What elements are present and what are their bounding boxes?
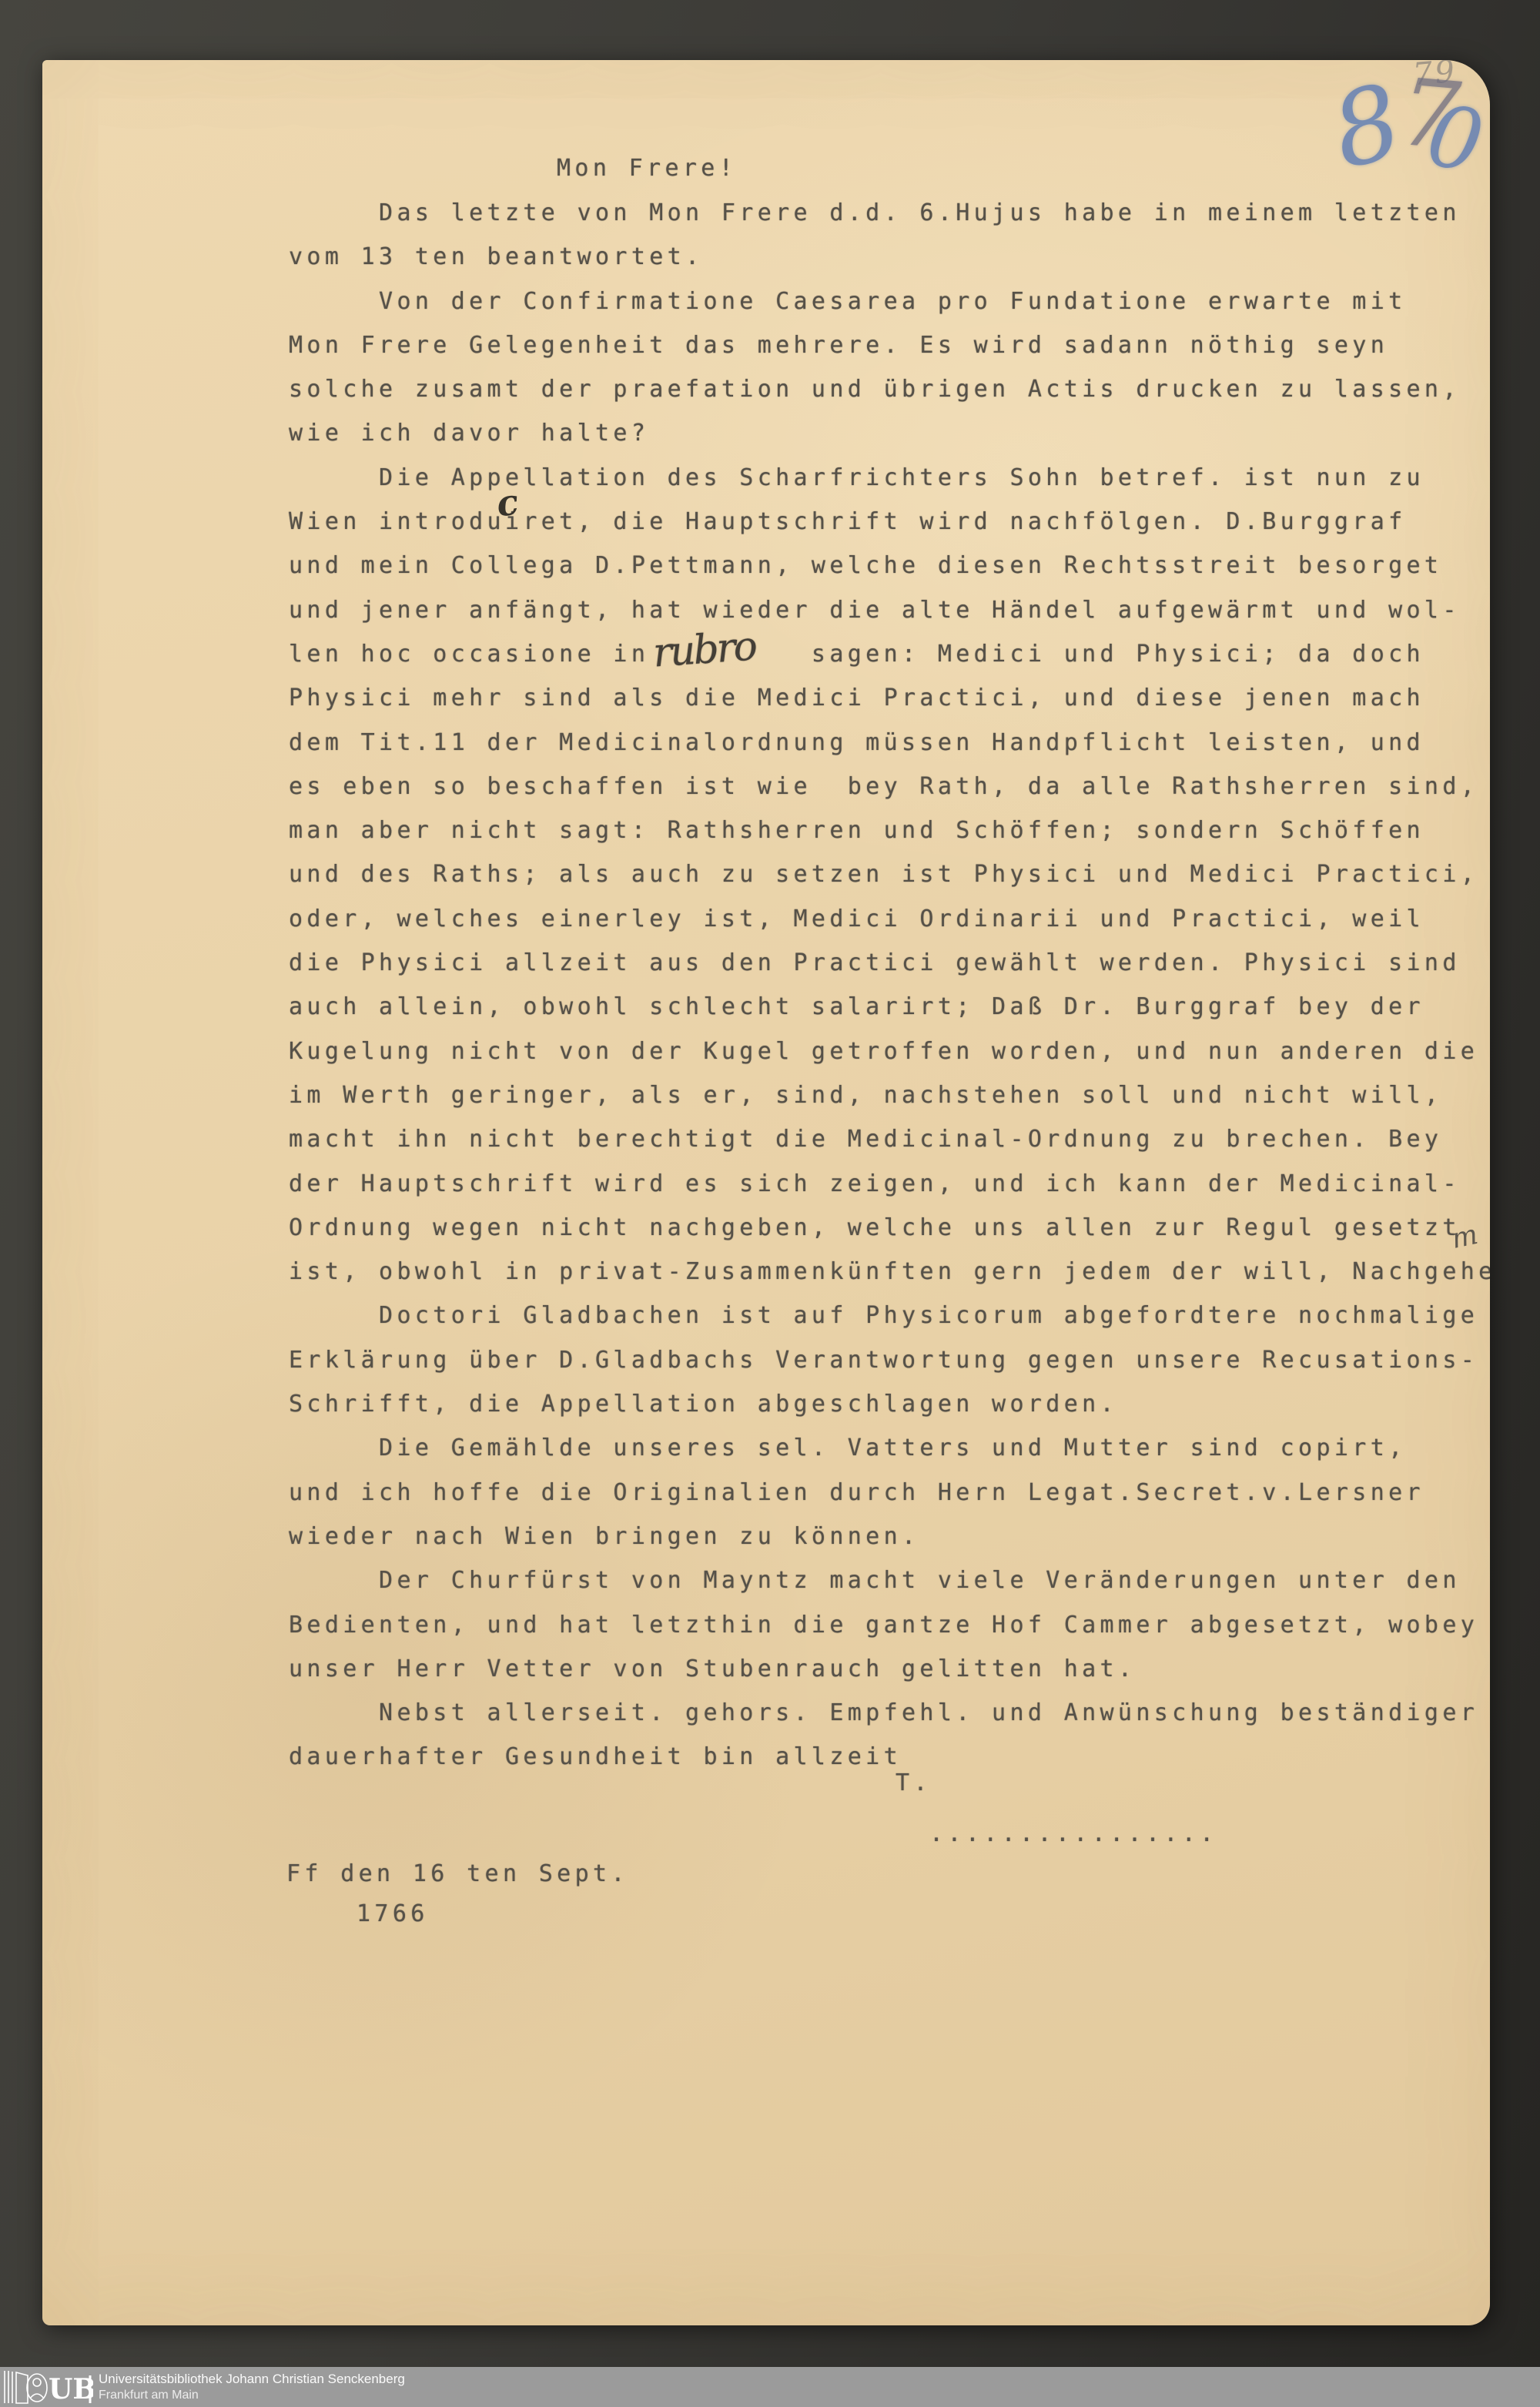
letter-line: Mon Frere Gelegenheit das mehrere. Es wi… (289, 323, 1490, 367)
letter-line: es eben so beschaffen ist wie bey Rath, … (289, 765, 1490, 808)
letter-line: und des Raths; als auch zu setzen ist Ph… (289, 852, 1490, 896)
letter-line: und jener anfängt, hat wieder die alte H… (289, 588, 1490, 632)
library-banner: UB Universitätsbibliothek Johann Christi… (0, 2367, 1540, 2407)
dateline-place: Ff den 16 ten Sept. (286, 1852, 629, 1896)
letter-line: Das letzte von Mon Frere d.d. 6.Hujus ha… (289, 191, 1490, 235)
letter-line: Wien introduiret, die Hauptschrift wird … (289, 500, 1490, 544)
letter-line: auch allein, obwohl schlecht salarirt; D… (289, 985, 1490, 1029)
letter-line: dauerhafter Gesundheit bin allzeit (289, 1735, 1490, 1779)
letter-line: Schrifft, die Appellation abgeschlagen w… (289, 1382, 1490, 1426)
library-institution: Universitätsbibliothek Johann Christian … (99, 2371, 405, 2387)
letter-line: unser Herr Vetter von Stubenrauch gelitt… (289, 1647, 1490, 1691)
letter-line: Der Churfürst von Mayntz macht viele Ver… (289, 1558, 1490, 1602)
letter-line: dem Tit.11 der Medicinalordnung müssen H… (289, 721, 1490, 765)
letter-line: Doctori Gladbachen ist auf Physicorum ab… (289, 1294, 1490, 1337)
letter-line: Erklärung über D.Gladbachs Verantwortung… (289, 1338, 1490, 1382)
letter-line: im Werth geringer, als er, sind, nachste… (289, 1073, 1490, 1117)
letter-line: Die Gemählde unseres sel. Vatters und Mu… (289, 1426, 1490, 1470)
letter-line: die Physici allzeit aus den Practici gew… (289, 941, 1490, 985)
letter-line: macht ihn nicht berechtigt die Medicinal… (289, 1117, 1490, 1161)
letter-line: und ich hoffe die Originalien durch Hern… (289, 1471, 1490, 1515)
scan-backdrop: Mon Frere! Das letzte von Mon Frere d.d.… (0, 0, 1540, 2407)
letter-line: der Hauptschrift wird es sich zeigen, un… (289, 1162, 1490, 1206)
library-location: Frankfurt am Main (99, 2387, 405, 2403)
letter-line: Physici mehr sind als die Medici Practic… (289, 676, 1490, 720)
library-banner-text: Universitätsbibliothek Johann Christian … (99, 2371, 405, 2403)
library-logo-icon: UB (2, 2369, 93, 2405)
letter-line: Ordnung wegen nicht nachgeben, welche un… (289, 1206, 1490, 1250)
letter-page: Mon Frere! Das letzte von Mon Frere d.d.… (42, 60, 1490, 2325)
letter-line: len hoc occasione in sagen: Medici und P… (289, 632, 1490, 676)
letter-line: oder, welches einerley ist, Medici Ordin… (289, 897, 1490, 941)
handwritten-word-rubro: rubro (651, 623, 757, 676)
salutation: Mon Frere! (557, 146, 737, 190)
logo-ub-text: UB (49, 2373, 93, 2405)
letter-body: Das letzte von Mon Frere d.d. 6.Hujus ha… (289, 191, 1490, 1779)
signature-initial: T. (896, 1761, 932, 1805)
letter-line: vom 13 ten beantwortet. (289, 235, 1490, 279)
letter-line: Die Appellation des Scharfrichters Sohn … (289, 456, 1490, 500)
letter-line: man aber nicht sagt: Rathsherren und Sch… (289, 808, 1490, 852)
letter-line: Bedienten, und hat letzthin die gantze H… (289, 1603, 1490, 1647)
letter-line: wieder nach Wien bringen zu können. (289, 1515, 1490, 1558)
letter-line: und mein Collega D.Pettmann, welche dies… (289, 544, 1490, 588)
letter-line: ist, obwohl in privat-Zusammenkünften ge… (289, 1250, 1490, 1294)
signature-dotted-line: ................ (929, 1812, 1218, 1856)
dateline-year: 1766 (357, 1892, 429, 1936)
letter-line: Von der Confirmatione Caesarea pro Funda… (289, 280, 1490, 323)
letter-line: Kugelung nicht von der Kugel getroffen w… (289, 1029, 1490, 1073)
letter-line: Nebst allerseit. gehors. Empfehl. und An… (289, 1691, 1490, 1735)
letter-line: wie ich davor halte? (289, 411, 1490, 455)
letter-line: solche zusamt der praefation und übrigen… (289, 367, 1490, 411)
